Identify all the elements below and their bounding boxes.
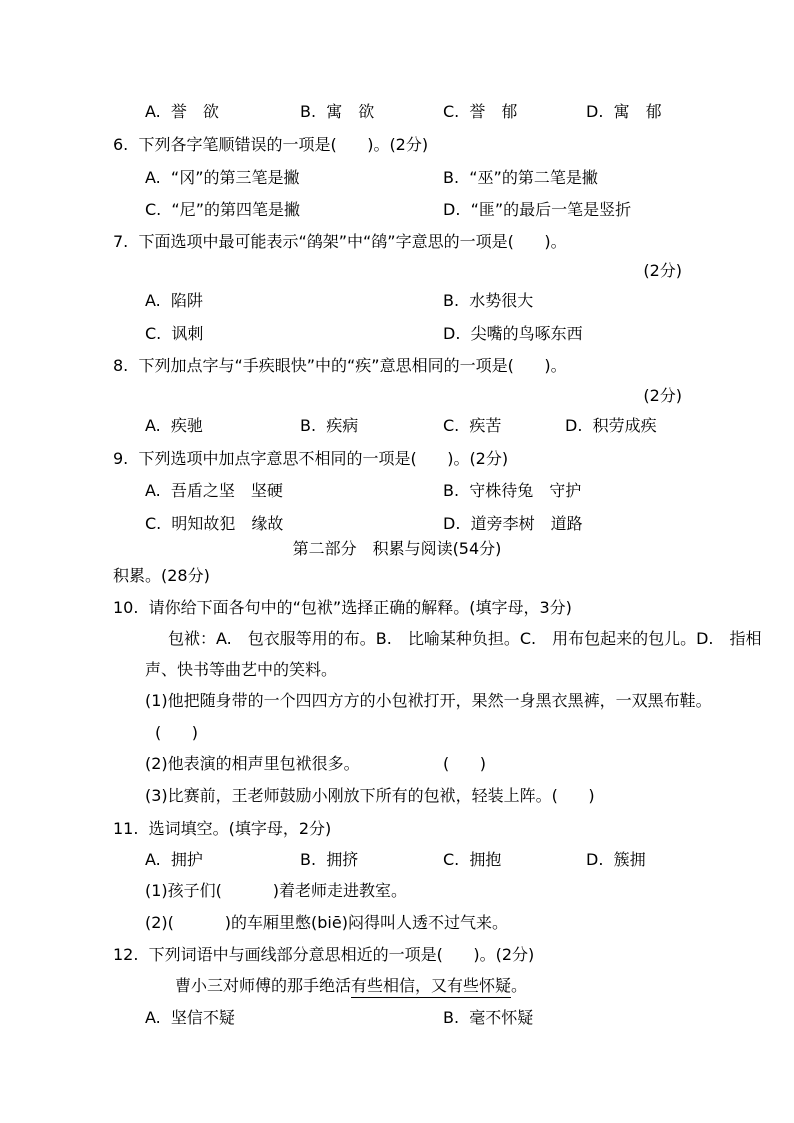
q10-item-2-row: (2)他表演的相声里包袱很多。 ( ) xyxy=(0,754,794,774)
q6-options-row-1: A. “冈”的第三笔是撇 B. “巫”的第二笔是撇 xyxy=(0,168,794,188)
q11-item-2: (2)( )的车厢里憋(biē)闷得叫人透不过气来。 xyxy=(145,913,508,933)
q6-header: 6. 下列各字笔顺错误的一项是( )。(2分) xyxy=(113,135,428,155)
q10-header: 10. 请你给下面各句中的“包袱”选择正确的解释。(填字母，3分) xyxy=(113,598,572,618)
part2-heading: 第二部分 积累与阅读(54分) xyxy=(0,539,794,559)
q10-item-2-answer-blank: ( ) xyxy=(443,754,486,774)
q9-options-row-2: C. 明知故犯 缘故 D. 道旁李树 道路 xyxy=(0,514,794,534)
q11-option-d: D. 簇拥 xyxy=(586,850,646,870)
q8-option-b: B. 疾病 xyxy=(300,416,358,436)
q11-option-c: C. 拥抱 xyxy=(443,850,501,870)
q12-sentence-underlined: 有些相信，又有些怀疑 xyxy=(351,976,511,998)
q7-header: 7. 下面选项中最可能表示“鹐架”中“鹐”字意思的一项是( )。 xyxy=(113,232,567,252)
q9-options-row-1: A. 吾盾之坚 坚硬 B. 守株待兔 守护 xyxy=(0,481,794,501)
q10-item-1: (1)他把随身带的一个四四方方的小包袱打开，果然一身黑衣黑裤，一双黑布鞋。 xyxy=(145,691,712,711)
q8-option-d: D. 积劳成疾 xyxy=(565,416,657,436)
q12-option-a: A. 坚信不疑 xyxy=(145,1008,235,1028)
q5-options-row: A. 誉 欲 B. 寓 欲 C. 誉 郁 D. 寓 郁 xyxy=(0,102,794,122)
q12-sentence-pre: 曹小三对师傅的那手绝活 xyxy=(175,976,351,995)
q9-header: 9. 下列选项中加点字意思不相同的一项是( )。(2分) xyxy=(113,449,508,469)
q7-options-row-1: A. 陷阱 B. 水势很大 xyxy=(0,291,794,311)
q8-options-row: A. 疾驰 B. 疾病 C. 疾苦 D. 积劳成疾 xyxy=(0,416,794,436)
q7-option-c: C. 讽刺 xyxy=(145,324,203,344)
q12-sentence-post: 。 xyxy=(511,976,527,995)
q10-explain-line-2: 声、快书等曲艺中的笑料。 xyxy=(145,660,337,680)
q7-options-row-2: C. 讽刺 D. 尖嘴的鸟啄东西 xyxy=(0,324,794,344)
q8-option-a: A. 疾驰 xyxy=(145,416,203,436)
q6-option-d: D. “匪”的最后一笔是竖折 xyxy=(443,200,631,220)
q11-item-1: (1)孩子们( )着老师走进教室。 xyxy=(145,881,407,901)
q5-option-a: A. 誉 欲 xyxy=(145,102,219,122)
q6-option-c: C. “尼”的第四笔是撇 xyxy=(145,200,300,220)
q11-header: 11. 选词填空。(填字母，2分) xyxy=(113,819,331,839)
q7-option-d: D. 尖嘴的鸟啄东西 xyxy=(443,324,583,344)
q12-header: 12. 下列词语中与画线部分意思相近的一项是( )。(2分) xyxy=(113,945,534,965)
q11-options-row: A. 拥护 B. 拥挤 C. 拥抱 D. 簇拥 xyxy=(0,850,794,870)
q10-explain-line-1: 包袱：A. 包衣服等用的布。B. 比喻某种负担。C. 用布包起来的包儿。D. 指… xyxy=(168,629,761,649)
q9-option-d: D. 道旁李树 道路 xyxy=(443,514,583,534)
q7-option-a: A. 陷阱 xyxy=(145,291,203,311)
q11-option-b: B. 拥挤 xyxy=(300,850,358,870)
q6-options-row-2: C. “尼”的第四笔是撇 D. “匪”的最后一笔是竖折 xyxy=(0,200,794,220)
q10-item-2: (2)他表演的相声里包袱很多。 xyxy=(145,754,360,774)
q12-options-row: A. 坚信不疑 B. 毫不怀疑 xyxy=(0,1008,794,1028)
q6-option-b: B. “巫”的第二笔是撇 xyxy=(443,168,598,188)
q8-header: 8. 下列加点字与“手疾眼快”中的“疾”意思相同的一项是( )。 xyxy=(113,356,567,376)
q8-score: (2分) xyxy=(643,386,682,406)
q9-option-b: B. 守株待兔 守护 xyxy=(443,481,581,501)
q7-score: (2分) xyxy=(643,261,682,281)
q10-item-1-answer-blank: ( ) xyxy=(155,723,198,743)
q12-sentence: 曹小三对师傅的那手绝活有些相信，又有些怀疑。 xyxy=(175,976,527,996)
q5-option-d: D. 寓 郁 xyxy=(586,102,662,122)
q7-option-b: B. 水势很大 xyxy=(443,291,533,311)
q5-option-c: C. 誉 郁 xyxy=(443,102,517,122)
q6-option-a: A. “冈”的第三笔是撇 xyxy=(145,168,300,188)
q9-option-c: C. 明知故犯 缘故 xyxy=(145,514,283,534)
q10-item-3: (3)比赛前，王老师鼓励小刚放下所有的包袱，轻装上阵。( ) xyxy=(145,786,595,806)
q12-option-b: B. 毫不怀疑 xyxy=(443,1008,533,1028)
q9-option-a: A. 吾盾之坚 坚硬 xyxy=(145,481,283,501)
q11-option-a: A. 拥护 xyxy=(145,850,203,870)
part2-subheading: 积累。(28分) xyxy=(113,566,210,586)
q8-option-c: C. 疾苦 xyxy=(443,416,501,436)
exam-page: A. 誉 欲 B. 寓 欲 C. 誉 郁 D. 寓 郁 6. 下列各字笔顺错误的… xyxy=(0,0,794,1123)
q5-option-b: B. 寓 欲 xyxy=(300,102,374,122)
